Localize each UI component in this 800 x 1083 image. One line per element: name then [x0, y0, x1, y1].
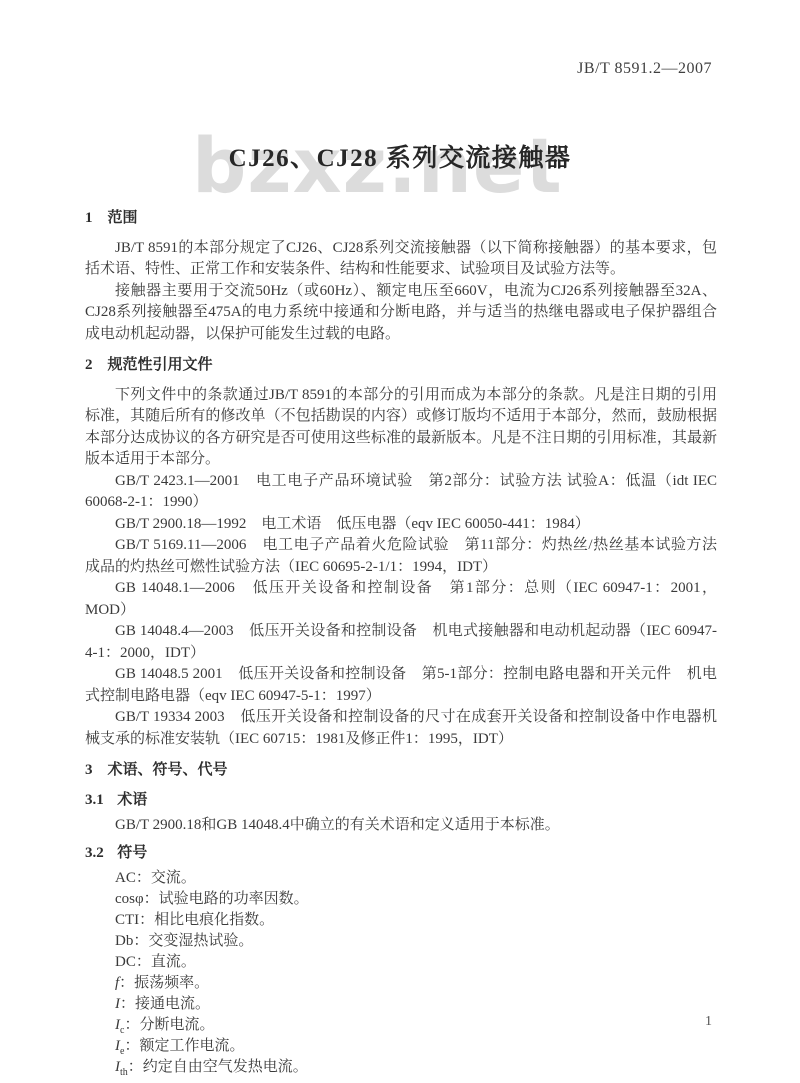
symbol-desc: ：交变湿热试验。: [133, 933, 253, 949]
section-3-2-heading: 3.2符号: [85, 843, 717, 865]
symbol-desc: ：额定工作电流。: [124, 1038, 244, 1054]
symbol-item: I：接通电流。: [85, 994, 717, 1015]
section-3-2-title: 符号: [117, 845, 147, 861]
symbol-item: Ie：额定工作电流。: [85, 1036, 717, 1057]
symbol-item: Ic：分断电流。: [85, 1015, 717, 1036]
symbol-subscript: th: [120, 1067, 128, 1078]
section-3-heading: 3术语、符号、代号: [85, 760, 717, 782]
symbol-cosphi: cosφ: [115, 891, 144, 907]
reference-item: GB/T 2423.1—2001 电工电子产品环境试验 第2部分：试验方法 试验…: [85, 471, 717, 514]
section-1-heading: 1范围: [85, 208, 717, 230]
symbol-db: Db: [115, 933, 133, 949]
symbol-item: f：振荡频率。: [85, 973, 717, 994]
page-number: 1: [705, 1014, 712, 1030]
symbol-item: AC：交流。: [85, 868, 717, 889]
title-block: bzxz.net CJ26、CJ28 系列交流接触器: [0, 0, 800, 230]
symbol-desc: ：分断电流。: [124, 1017, 214, 1033]
section-3-1-number: 3.1: [85, 792, 104, 808]
section-3-number: 3: [85, 762, 93, 778]
reference-item: GB 14048.4—2003 低压开关设备和控制设备 机电式接触器和电动机起动…: [85, 621, 717, 664]
section-1-title: 范围: [108, 210, 138, 226]
symbol-dc: DC: [115, 954, 136, 970]
section-2-paragraph: 下列文件中的条款通过JB/T 8591的本部分的引用而成为本部分的条款。凡是注日…: [85, 385, 717, 471]
symbol-desc: ：约定自由空气发热电流。: [128, 1059, 308, 1075]
document-title: CJ26、CJ28 系列交流接触器: [0, 138, 800, 174]
section-1-number: 1: [85, 210, 93, 226]
section-1-paragraph-2: 接触器主要用于交流50Hz（或60Hz）、额定电压至660V，电流为CJ26系列…: [85, 281, 717, 346]
symbol-item: Db：交变湿热试验。: [85, 931, 717, 952]
section-3-title: 术语、符号、代号: [108, 762, 228, 778]
symbol-item: CTI：相比电痕化指数。: [85, 910, 717, 931]
reference-item: GB/T 19334 2003 低压开关设备和控制设备的尺寸在成套开关设备和控制…: [85, 707, 717, 750]
symbol-desc: ：接通电流。: [120, 996, 210, 1012]
reference-item: GB/T 2900.18—1992 电工术语 低压电器（eqv IEC 6005…: [85, 514, 717, 536]
symbol-item: Ith：约定自由空气发热电流。: [85, 1057, 717, 1078]
reference-item: GB 14048.1—2006 低压开关设备和控制设备 第1部分：总则（IEC …: [85, 578, 717, 621]
scanned-document-page: JB/T 8591.2—2007 bzxz.net CJ26、CJ28 系列交流…: [0, 0, 800, 1083]
symbol-desc: ：交流。: [136, 870, 196, 886]
section-3-2-number: 3.2: [85, 845, 104, 861]
symbol-desc: ：直流。: [136, 954, 196, 970]
section-2-heading: 2规范性引用文件: [85, 355, 717, 377]
document-body: 1范围 JB/T 8591的本部分规定了CJ26、CJ28系列交流接触器（以下简…: [85, 200, 717, 1078]
section-2-title: 规范性引用文件: [108, 357, 213, 373]
symbol-desc: ：试验电路的功率因数。: [144, 891, 309, 907]
reference-item: GB 14048.5 2001 低压开关设备和控制设备 第5-1部分：控制电路电…: [85, 664, 717, 707]
section-3-1-text: GB/T 2900.18和GB 14048.4中确立的有关术语和定义适用于本标准…: [85, 815, 717, 837]
section-3-1-title: 术语: [117, 792, 147, 808]
reference-item: GB/T 5169.11—2006 电工电子产品着火危险试验 第11部分：灼热丝…: [85, 535, 717, 578]
symbol-item: DC：直流。: [85, 952, 717, 973]
symbol-cti: CTI: [115, 912, 139, 928]
section-1-paragraph-1: JB/T 8591的本部分规定了CJ26、CJ28系列交流接触器（以下简称接触器…: [85, 238, 717, 281]
section-2-number: 2: [85, 357, 93, 373]
symbol-desc: ：相比电痕化指数。: [139, 912, 274, 928]
symbol-ac: AC: [115, 870, 136, 886]
section-3-1-heading: 3.1术语: [85, 790, 717, 812]
symbol-item: cosφ：试验电路的功率因数。: [85, 889, 717, 910]
symbol-desc: ：振荡频率。: [119, 975, 209, 991]
